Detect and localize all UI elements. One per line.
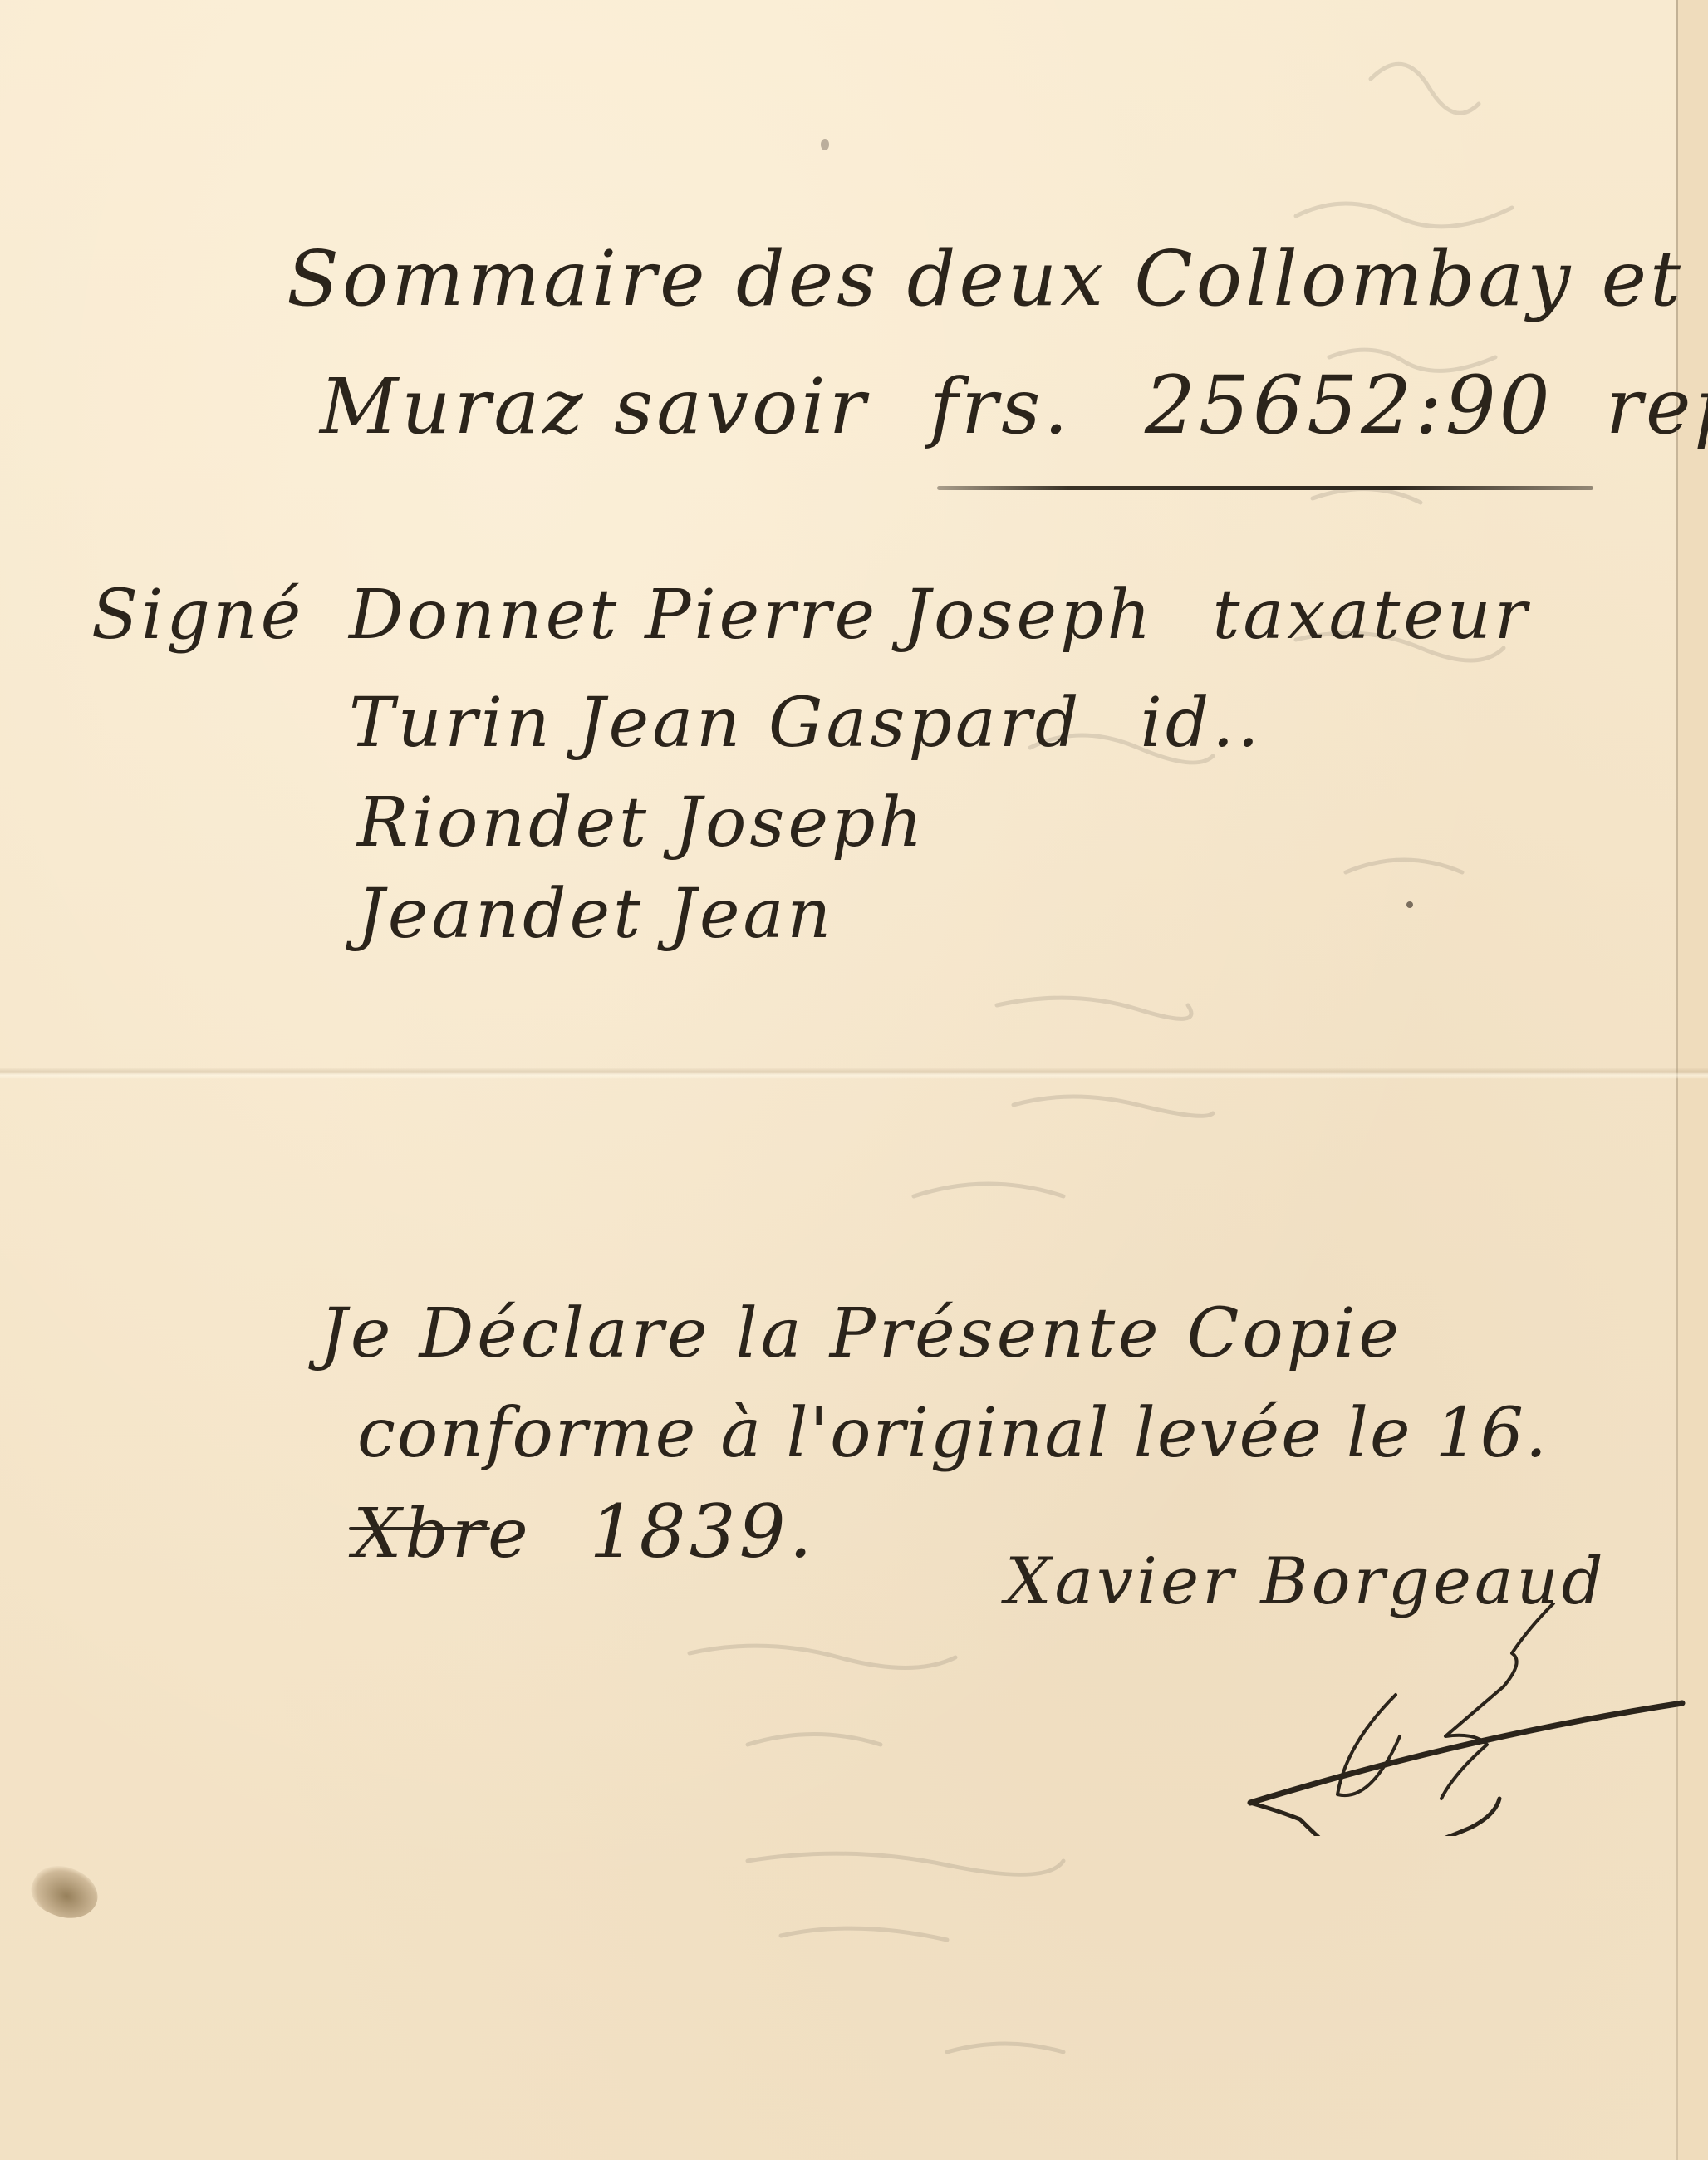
signatory-row: Riondet Joseph	[357, 789, 925, 857]
signatory-name: Riondet Joseph	[357, 783, 925, 862]
signatory-row: Turin Jean Gaspard id..	[349, 690, 1262, 758]
ink-speck	[821, 139, 829, 150]
signatory-role: id..	[1141, 684, 1263, 763]
signatory-name: Donnet Pierre Joseph	[349, 576, 1154, 655]
ink-speck	[1406, 901, 1413, 908]
paper-right-margin	[1678, 0, 1708, 2160]
certification-line-2: conforme à l'original levée le 16.	[357, 1400, 1548, 1468]
date-year: 1839.	[590, 1489, 816, 1574]
summary-rule	[937, 486, 1593, 490]
signatory-row: Donnet Pierre Joseph taxateur	[349, 582, 1530, 650]
signatory-row: Jeandet Jean	[357, 881, 834, 949]
signature-flourish	[1229, 1603, 1695, 1836]
paper-edge-line	[1676, 0, 1678, 2160]
certification-line-1: Je Déclare la Présente Copie	[320, 1300, 1402, 1368]
month-underline	[349, 1527, 490, 1530]
bleed-through-marks	[0, 0, 1708, 2160]
paper-fold-line	[0, 1068, 1708, 1079]
summary-line-1: Sommaire des deux Collombay et	[287, 241, 1684, 317]
certification-date: Xbre 1839.	[353, 1495, 816, 1568]
signatory-name: Turin Jean Gaspard	[349, 684, 1082, 763]
summary-line-2: Muraz savoir frs. 25652:90 reper	[320, 366, 1708, 445]
summary-amount: 25652:90	[1145, 359, 1553, 452]
signed-label: Signé	[91, 582, 304, 650]
summary-suffix: reper	[1606, 362, 1708, 451]
signatory-role: taxateur	[1212, 576, 1529, 655]
signatory-name: Jeandet Jean	[357, 875, 834, 954]
currency-label: frs.	[930, 362, 1072, 451]
summary-prefix: Muraz savoir	[320, 362, 869, 451]
date-month: Xbre	[353, 1495, 532, 1573]
